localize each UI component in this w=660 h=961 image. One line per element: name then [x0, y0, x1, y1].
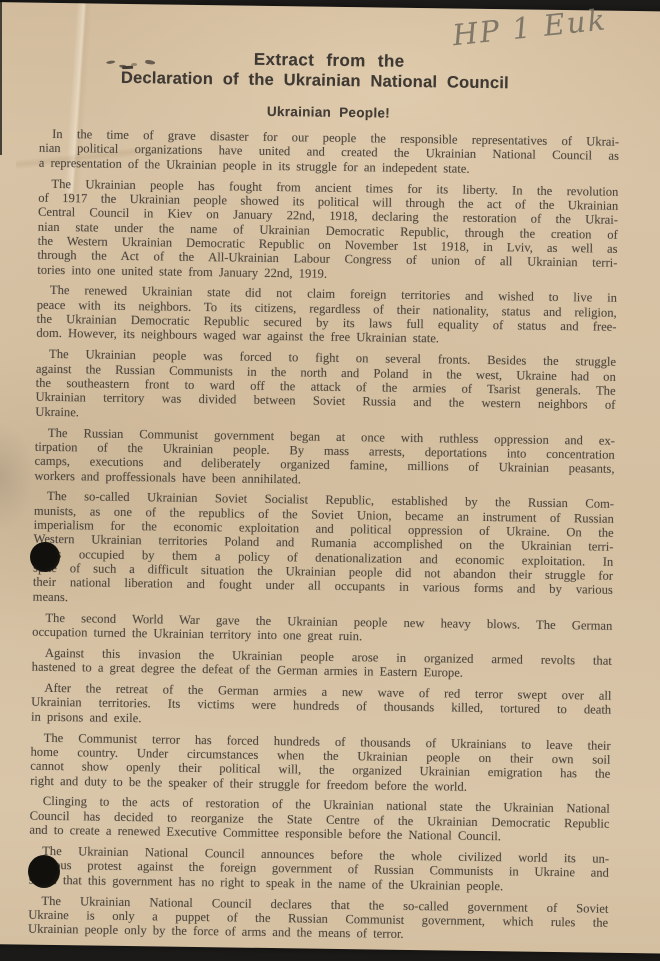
paragraph: After the retreat of the German armies a… [31, 681, 612, 732]
paragraph: The Russian Communist government began a… [34, 425, 615, 490]
salutation: Ukrainian People! [0, 100, 659, 125]
heading-line-2: Declaration of the Ukrainian National Co… [121, 68, 509, 94]
document-heading: Extract from the Declaration of the Ukra… [0, 46, 659, 96]
paragraph: Against this invasion the Ukrainian peop… [32, 646, 612, 683]
hole-punch [28, 855, 60, 888]
paragraph: The Ukrainian National Council announces… [29, 844, 610, 895]
paragraph: The so-called Ukrainian Soviet Socialist… [33, 489, 615, 612]
paragraph: Clinging to the acts of restoration of t… [29, 794, 610, 845]
scanned-document-view: Extract from the Declaration of the Ukra… [0, 0, 660, 961]
paragraph: The renewed Ukrainian state did not clai… [36, 283, 617, 348]
paragraph: The Communist terror has forced hundreds… [30, 730, 611, 795]
paragraph: The Ukrainian National Council declares … [28, 893, 609, 944]
paragraph: In the time of grave disaster for our pe… [39, 127, 620, 178]
document-page: Extract from the Declaration of the Ukra… [0, 2, 660, 954]
scan-edge-shadow [0, 0, 2, 155]
paragraph: The Ukrainian people was forced to fight… [35, 347, 616, 427]
hole-punch [30, 542, 60, 572]
paragraph: The Ukrainian people has fought from anc… [37, 176, 618, 284]
paragraph: The second World War gave the Ukrainian … [32, 610, 612, 647]
document-body: In the time of grave disaster for our pe… [28, 127, 619, 945]
page-content: Extract from the Declaration of the Ukra… [0, 2, 660, 951]
